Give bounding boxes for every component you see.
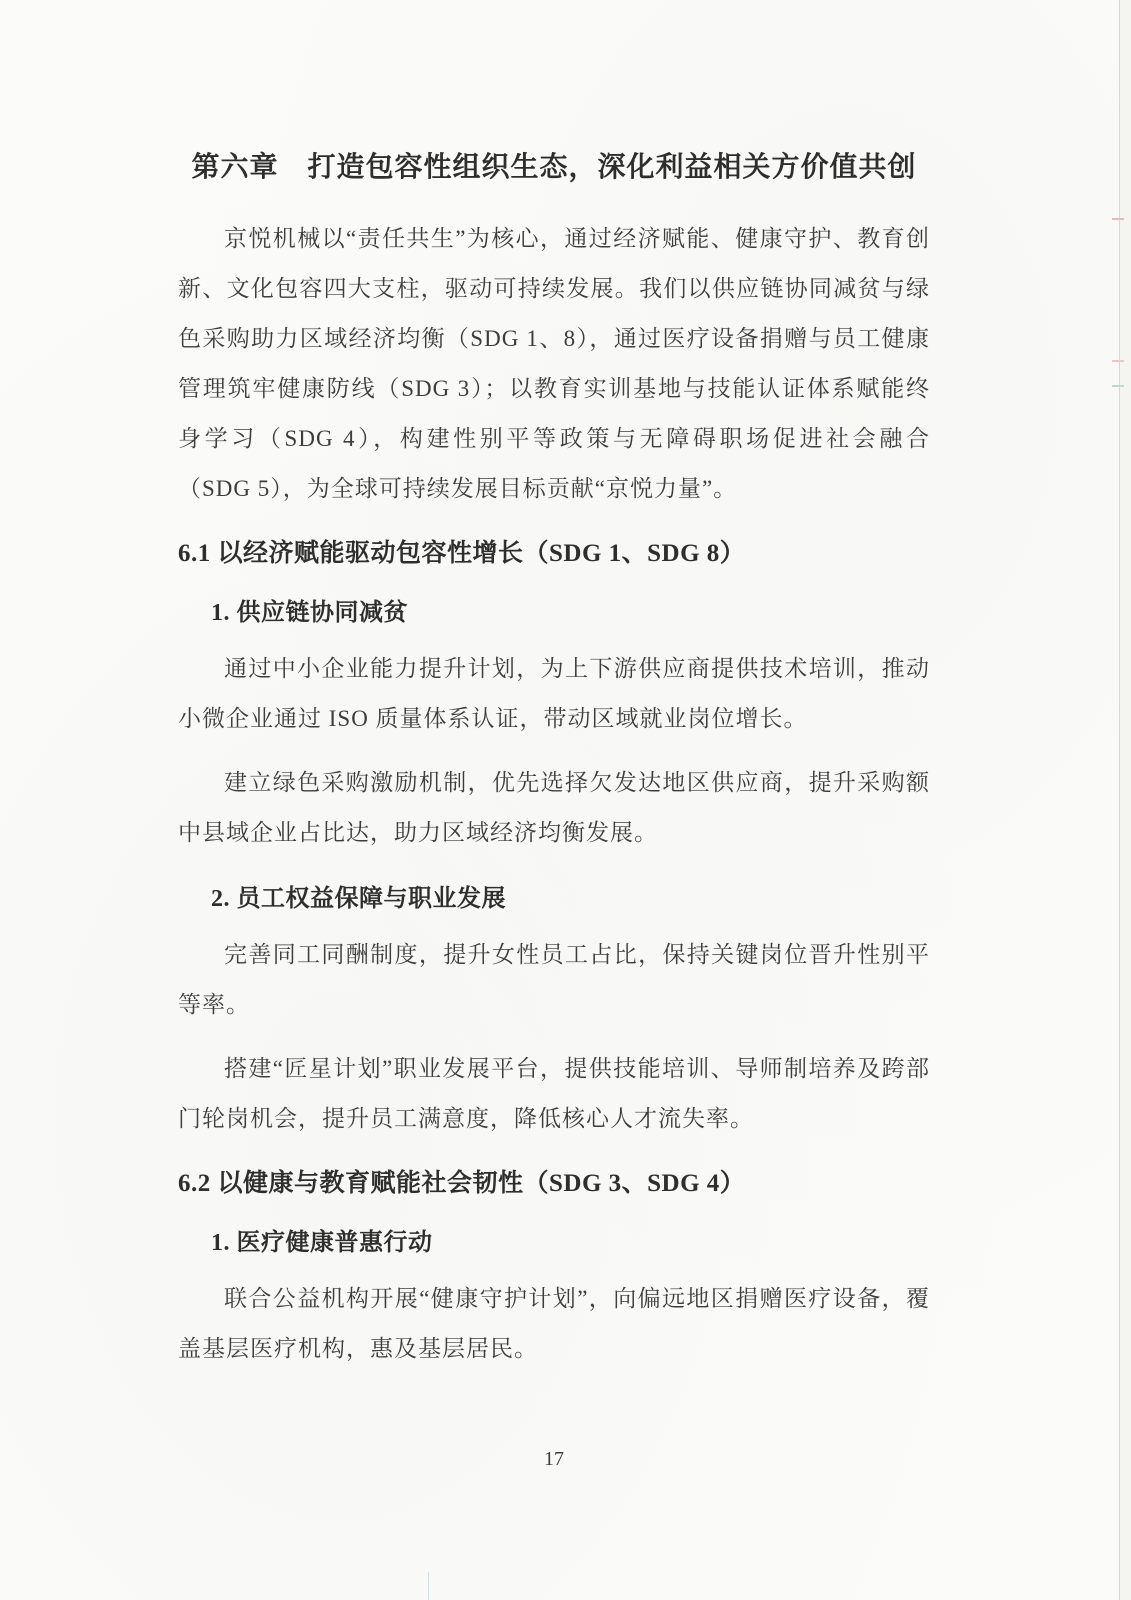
subsection-heading-6-2-1: 1. 医疗健康普惠行动 [211, 1226, 930, 1260]
page-number: 17 [178, 1448, 930, 1471]
scan-edge-shade [1120, 0, 1131, 1600]
subsection-heading-6-1-1: 1. 供应链协同减贫 [211, 596, 930, 630]
body-paragraph: 建立绿色采购激励机制，优先选择欠发达地区供应商，提升采购额中县域企业占比达，助力… [178, 758, 930, 858]
page-content: 第六章 打造包容性组织生态，深化利益相关方价值共创 京悦机械以“责任共生”为核心… [0, 0, 1131, 1374]
section-heading-6-2: 6.2 以健康与教育赋能社会韧性（SDG 3、SDG 4） [178, 1166, 930, 1202]
body-paragraph: 通过中小企业能力提升计划，为上下游供应商提供技术培训，推动小微企业通过 ISO … [178, 644, 930, 744]
scan-tick-pink [1112, 218, 1124, 220]
chapter-title: 第六章 打造包容性组织生态，深化利益相关方价值共创 [178, 146, 930, 188]
scan-tick-pink [1112, 360, 1124, 362]
intro-paragraph: 京悦机械以“责任共生”为核心，通过经济赋能、健康守护、教育创新、文化包容四大支柱… [178, 214, 930, 514]
body-paragraph: 联合公益机构开展“健康守护计划”，向偏远地区捐赠医疗设备，覆盖基层医疗机构，惠及… [178, 1274, 930, 1374]
scan-tick-teal [1112, 385, 1124, 387]
body-paragraph: 完善同工同酬制度，提升女性员工占比，保持关键岗位晋升性别平等率。 [178, 930, 930, 1030]
section-heading-6-1: 6.1 以经济赋能驱动包容性增长（SDG 1、SDG 8） [178, 536, 930, 572]
scan-edge-line [1119, 0, 1120, 1600]
scan-tick-blue [428, 1572, 429, 1600]
document-page: 第六章 打造包容性组织生态，深化利益相关方价值共创 京悦机械以“责任共生”为核心… [0, 0, 1131, 1600]
subsection-heading-6-1-2: 2. 员工权益保障与职业发展 [211, 882, 930, 916]
body-paragraph: 搭建“匠星计划”职业发展平台，提供技能培训、导师制培养及跨部门轮岗机会，提升员工… [178, 1044, 930, 1144]
